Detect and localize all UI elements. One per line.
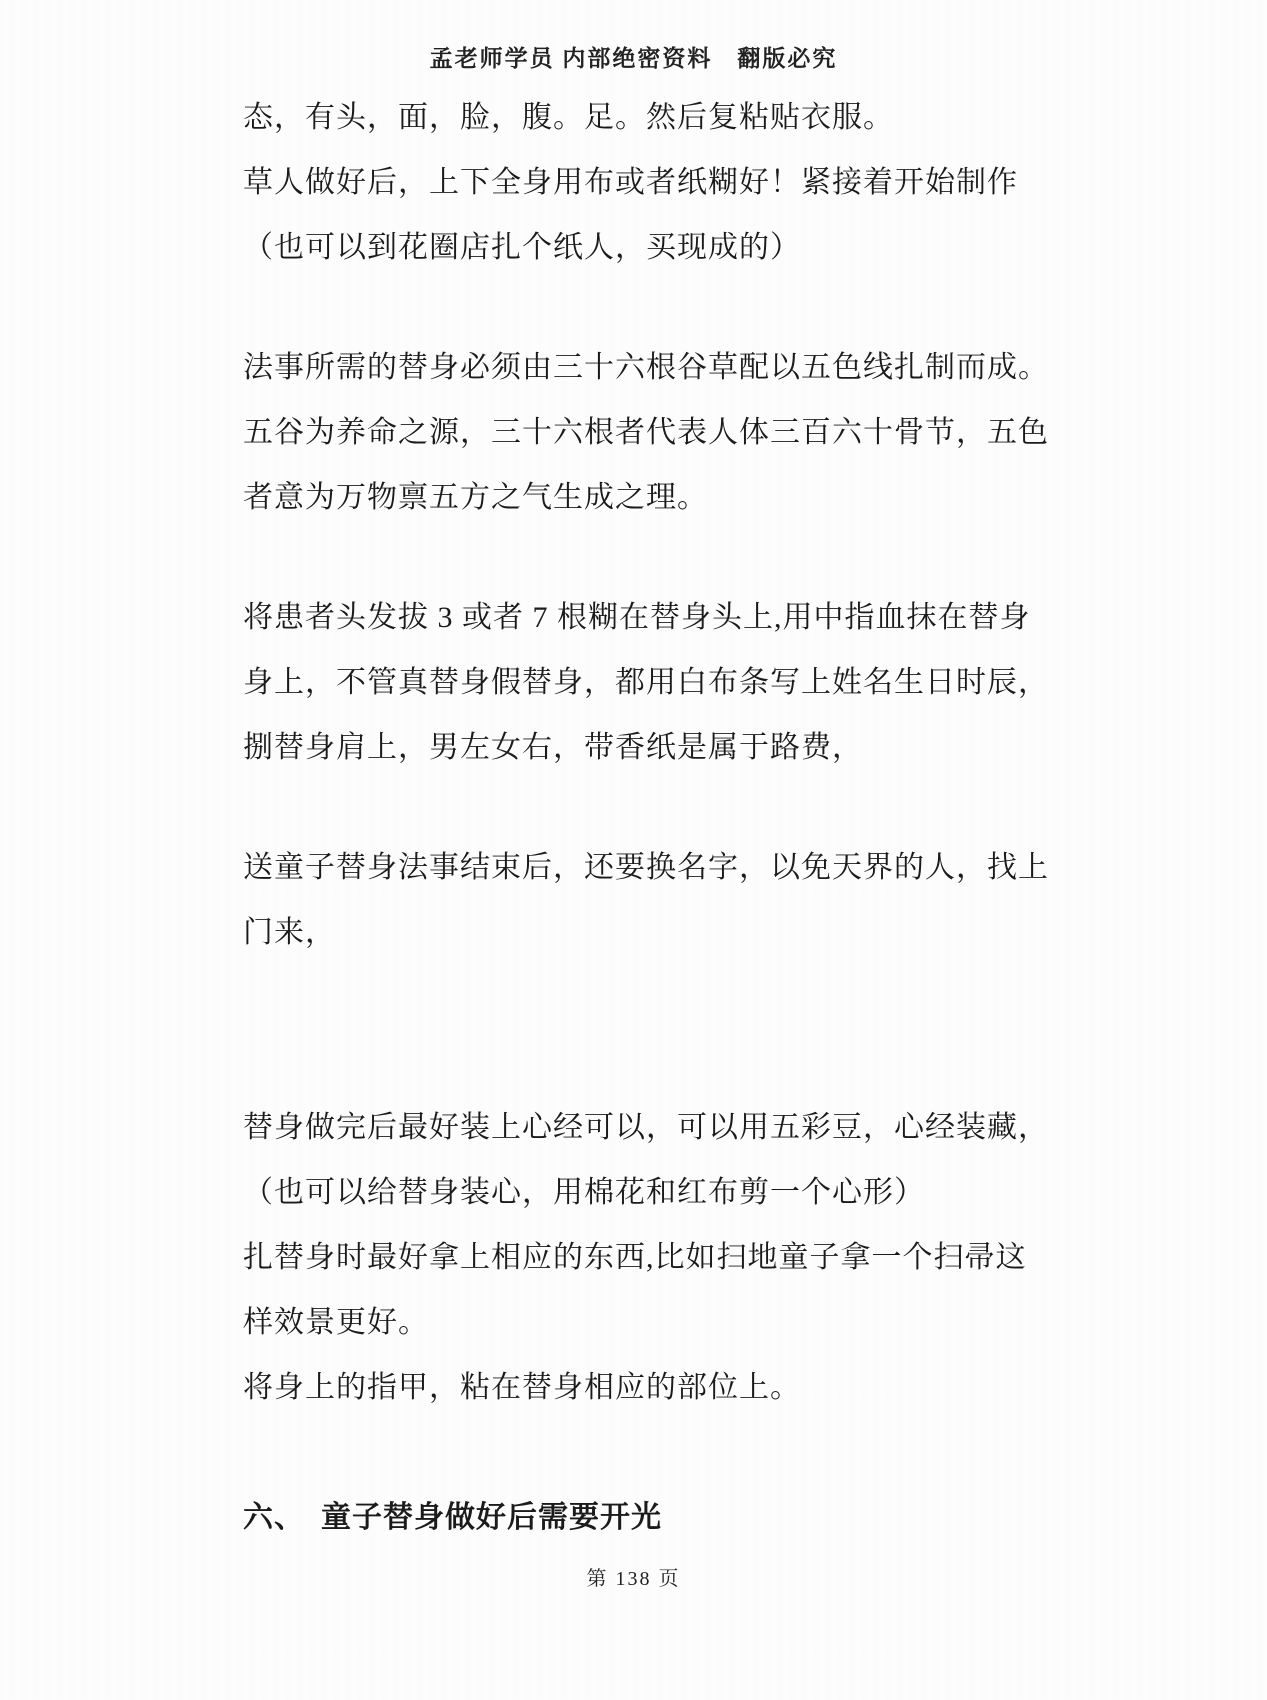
text-line: 身上，不管真替身假替身，都用白布条写上姓名生日时辰， xyxy=(243,650,1033,715)
text-line: 法事所需的替身必须由三十六根谷草配以五色线扎制而成。 xyxy=(243,335,1033,400)
paragraph: 替身做完后最好装上心经可以，可以用五彩豆，心经装藏， （也可以给替身装心，用棉花… xyxy=(243,1095,1033,1420)
text-line: 门来， xyxy=(243,900,1033,965)
paragraph: 将患者头发拔 3 或者 7 根糊在替身头上,用中指血抹在替身 身上，不管真替身假… xyxy=(243,585,1033,780)
text-line: 扎替身时最好拿上相应的东西,比如扫地童子拿一个扫帚这 xyxy=(243,1225,1033,1290)
section-heading-text: 六、 童子替身做好后需要开光 xyxy=(243,1485,1033,1550)
text-line: 五谷为养命之源，三十六根者代表人体三百六十骨节，五色 xyxy=(243,400,1033,465)
text-line: 态，有头，面，脸，腹。足。然后复粘贴衣服。 xyxy=(243,85,1033,150)
page-number: 第 138 页 xyxy=(0,1562,1267,1591)
document-body: 态，有头，面，脸，腹。足。然后复粘贴衣服。 草人做好后，上下全身用布或者纸糊好！… xyxy=(243,85,1033,1550)
paragraph: 法事所需的替身必须由三十六根谷草配以五色线扎制而成。 五谷为养命之源，三十六根者… xyxy=(243,335,1033,530)
text-line: 替身做完后最好装上心经可以，可以用五彩豆，心经装藏， xyxy=(243,1095,1033,1160)
text-line: （也可以到花圈店扎个纸人，买现成的） xyxy=(243,215,1033,280)
section-heading: 六、 童子替身做好后需要开光 xyxy=(243,1485,1033,1550)
paragraph: 态，有头，面，脸，腹。足。然后复粘贴衣服。 草人做好后，上下全身用布或者纸糊好！… xyxy=(243,85,1033,280)
text-line: 草人做好后，上下全身用布或者纸糊好！紧接着开始制作 xyxy=(243,150,1033,215)
text-line: 捌替身肩上，男左女右，带香纸是属于路费， xyxy=(243,715,1033,780)
text-line: （也可以给替身装心，用棉花和红布剪一个心形） xyxy=(243,1160,1033,1225)
text-line: 将身上的指甲，粘在替身相应的部位上。 xyxy=(243,1355,1033,1420)
paragraph: 送童子替身法事结束后，还要换名字，以免天界的人，找上 门来， xyxy=(243,835,1033,965)
text-line: 将患者头发拔 3 或者 7 根糊在替身头上,用中指血抹在替身 xyxy=(243,585,1033,650)
page-header-title: 孟老师学员 内部绝密资料 翻版必究 xyxy=(0,40,1267,73)
text-line: 送童子替身法事结束后，还要换名字，以免天界的人，找上 xyxy=(243,835,1033,900)
document-page: 孟老师学员 内部绝密资料 翻版必究 态，有头，面，脸，腹。足。然后复粘贴衣服。 … xyxy=(0,0,1267,1700)
text-line: 样效景更好。 xyxy=(243,1290,1033,1355)
text-line: 者意为万物禀五方之气生成之理。 xyxy=(243,465,1033,530)
